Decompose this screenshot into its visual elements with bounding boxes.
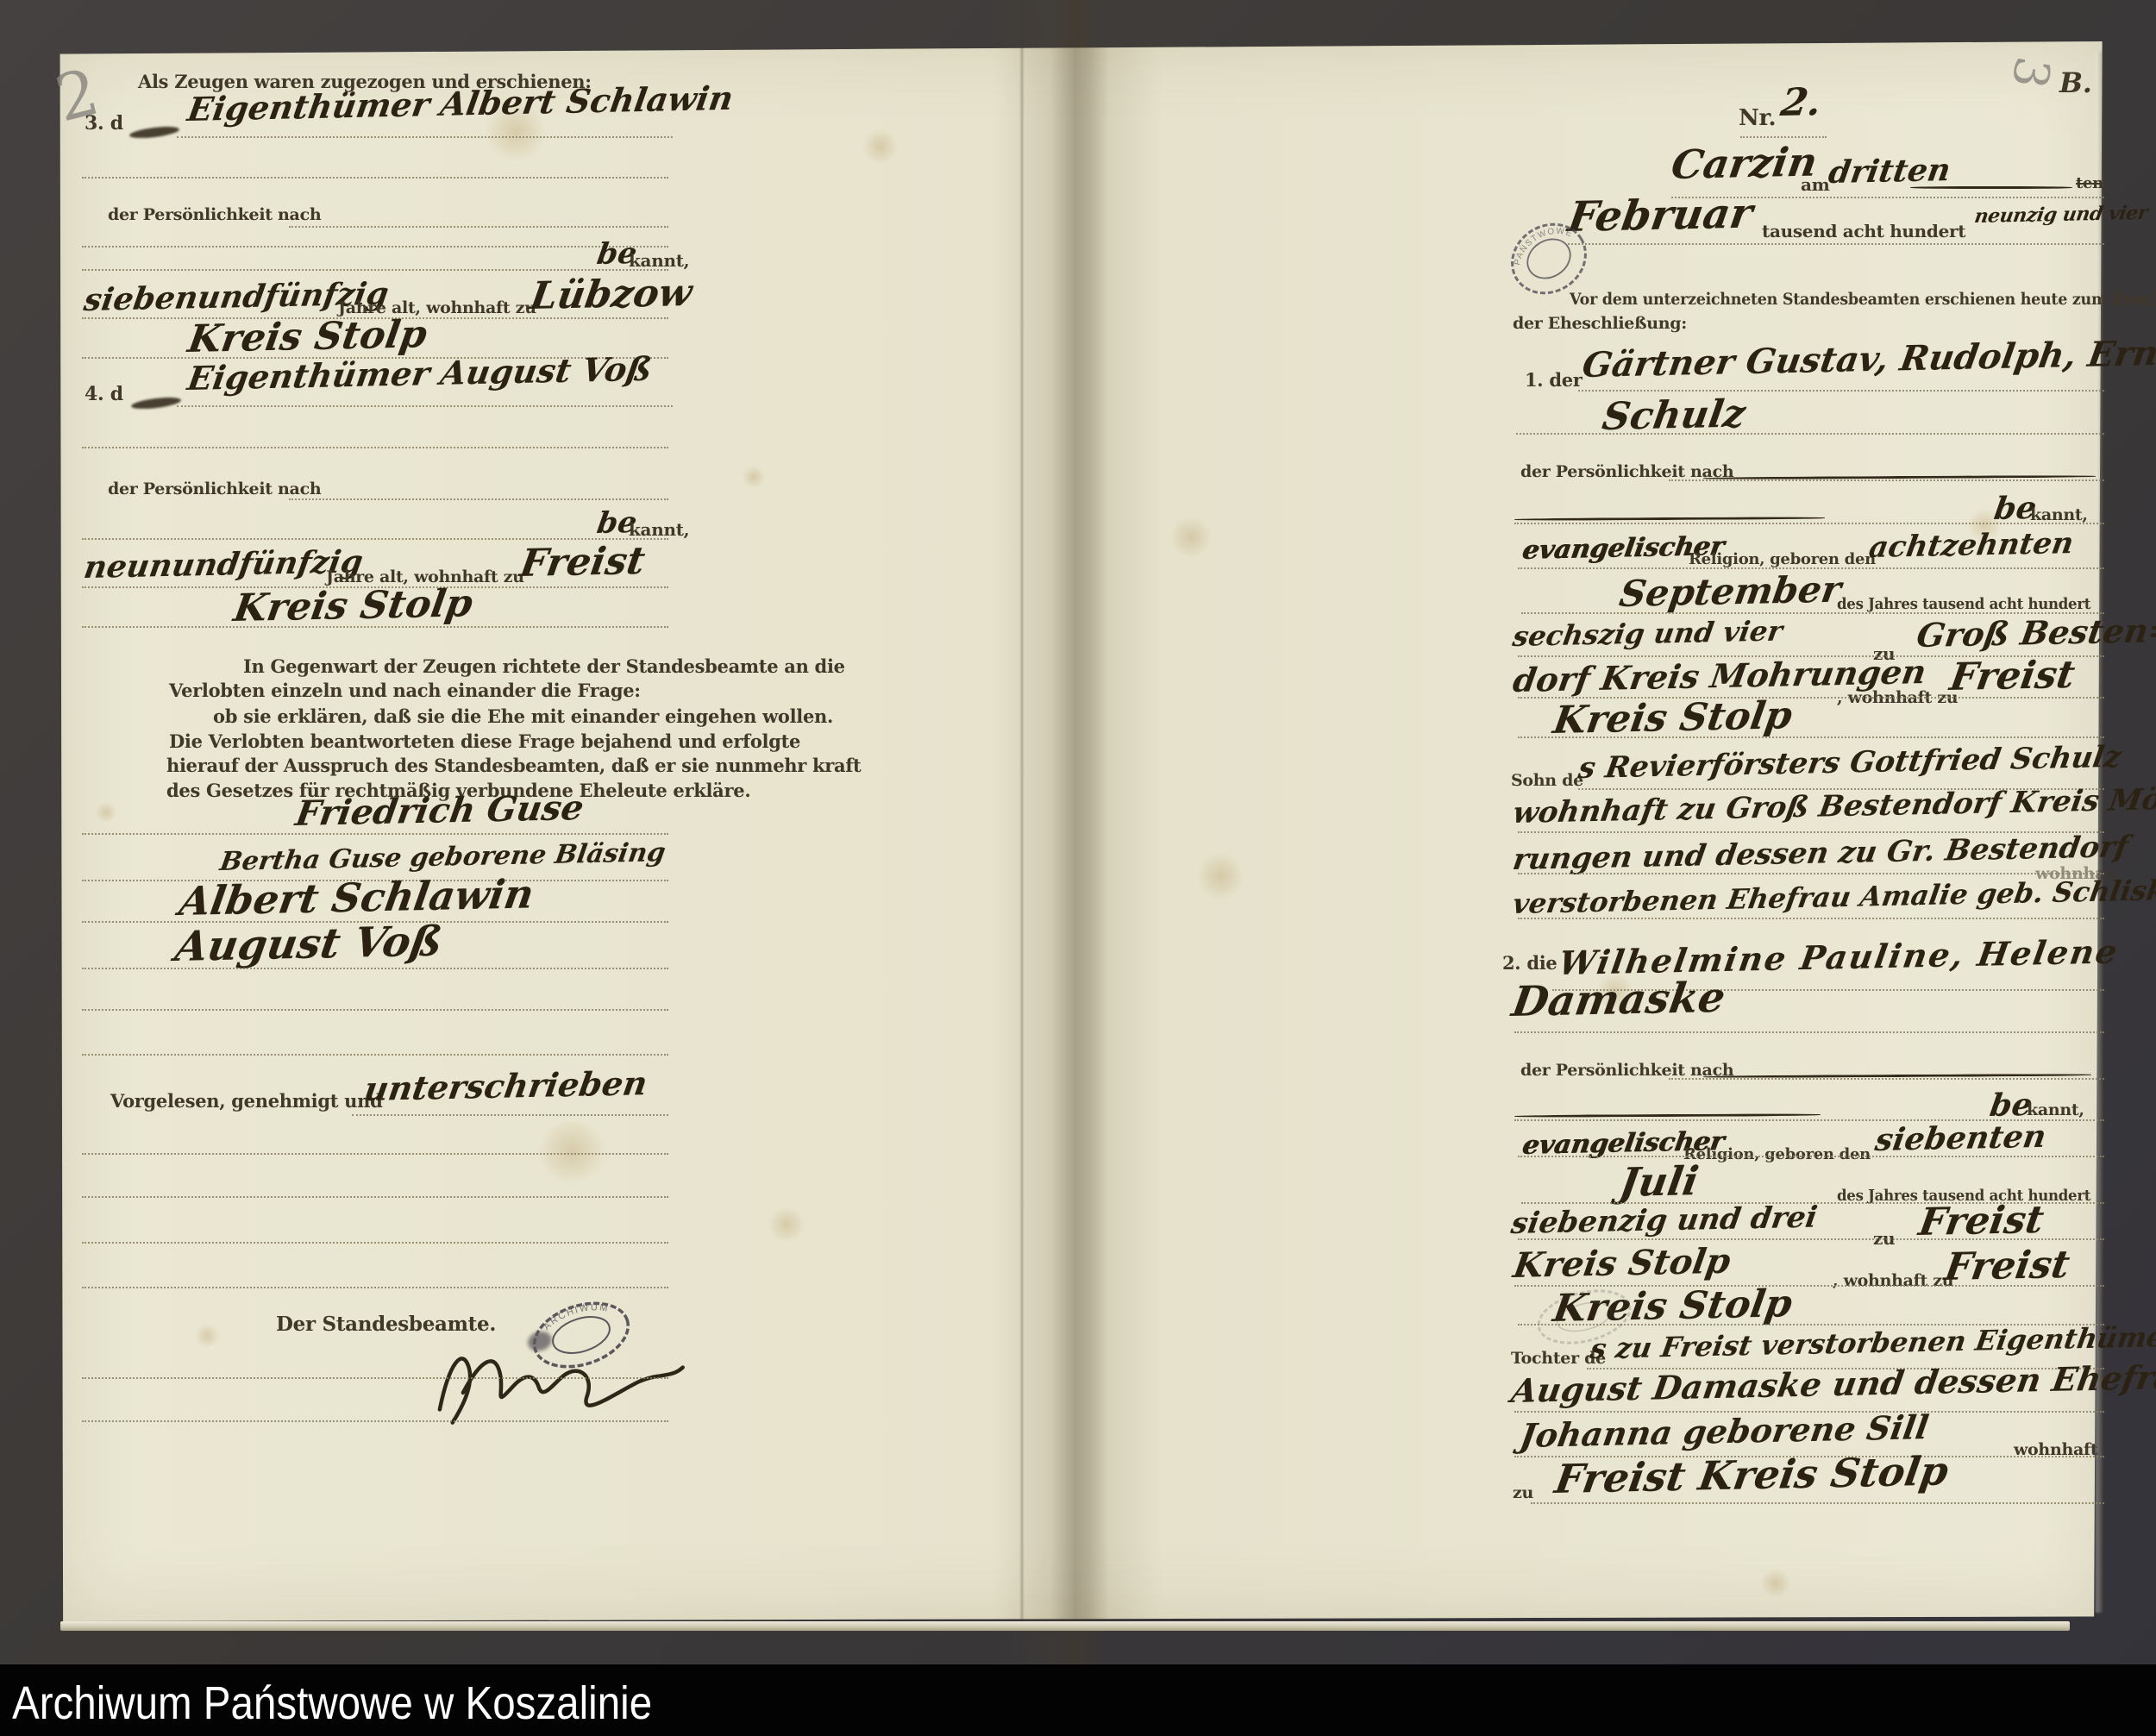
- age-spot: [194, 1324, 220, 1348]
- declaration-line: hierauf der Ausspruch des Standesbeamten…: [166, 756, 861, 774]
- bride-parents-line4: Freist Kreis Stolp: [1552, 1451, 1951, 1499]
- known-label: kannt,: [629, 521, 689, 538]
- identity-label: der Persönlichkeit nach: [1520, 1062, 1733, 1079]
- entry-line: [352, 1114, 668, 1116]
- ink-dash: [1910, 186, 2072, 189]
- record-month: Februar: [1565, 193, 1755, 238]
- entry-line: [82, 1242, 668, 1244]
- bride-parents-line3: Johanna geborene Sill: [1518, 1411, 1931, 1452]
- entry-line: [289, 498, 668, 500]
- identity-label: der Persönlichkeit nach: [108, 481, 321, 498]
- witness4-residence: Freist: [517, 542, 648, 583]
- age-spot: [1759, 1570, 1792, 1597]
- bride-district: Kreis Stolp: [1511, 1244, 1733, 1283]
- entry-line: [1669, 1078, 2104, 1080]
- groom-birth-place-line1: Groß Besten=: [1915, 614, 2156, 652]
- entry-line: [1516, 433, 2104, 435]
- age-spot: [862, 129, 899, 164]
- entry-line: [82, 1287, 668, 1288]
- religion-born-label: Religion, geboren den: [1689, 552, 1876, 567]
- groom-birth-year: sechszig und vier: [1511, 617, 1784, 650]
- record-year: neunzig und vier: [1973, 204, 2149, 226]
- bride-birth-month: Juli: [1617, 1161, 1702, 1202]
- witness4-prefix: 4. d: [85, 385, 123, 404]
- entry-line: [82, 1420, 668, 1422]
- page-bottom-edge: [60, 1621, 2070, 1631]
- groom-prefix: 1. der: [1525, 371, 1583, 389]
- age-spot: [742, 466, 766, 488]
- groom-name-line2: Schulz: [1600, 396, 1748, 436]
- groom-birth-month: September: [1617, 572, 1844, 612]
- zu-label: zu: [1513, 1485, 1533, 1501]
- signature-line: [82, 1009, 668, 1011]
- intro-line: Vor dem unterzeichneten Standesbeamten e…: [1570, 291, 2156, 308]
- entry-line: [82, 269, 668, 271]
- age-spot: [535, 1121, 609, 1181]
- age-spot: [1169, 517, 1213, 557]
- bride-birth-day: siebenten: [1873, 1121, 2048, 1156]
- registrar-label: Der Standesbeamte.: [276, 1314, 496, 1334]
- known-label: kannt,: [2027, 1102, 2084, 1119]
- entry-line: [1518, 1156, 2104, 1157]
- bride-birth-place: Freist: [1916, 1201, 2046, 1242]
- age-spot: [95, 802, 117, 823]
- entry-line: [289, 226, 668, 228]
- declaration-line: ob sie erklären, daß sie die Ehe mit ein…: [213, 707, 833, 725]
- identity-label: der Persönlichkeit nach: [108, 207, 321, 223]
- entry-line: [82, 246, 668, 248]
- groom-district: Kreis Stolp: [1551, 697, 1795, 740]
- svg-text:PAŃSTWOWE: PAŃSTWOWE: [1505, 215, 1577, 273]
- entry-line: [1578, 390, 2104, 392]
- witness4-age: neunundfünfzig: [82, 546, 365, 583]
- signature-line: [82, 833, 668, 835]
- entry-line: [82, 1153, 668, 1155]
- entry-line: [1514, 1031, 2104, 1033]
- declaration-line: Die Verlobten beantworteten diese Frage …: [169, 732, 800, 750]
- entry-line: [1518, 918, 2104, 919]
- son-of-label: Sohn de: [1511, 773, 1583, 789]
- entry-line: [1518, 873, 2104, 874]
- bride-birth-year: siebenzig und drei: [1509, 1203, 1819, 1238]
- closing-handwritten: unterschrieben: [362, 1067, 649, 1106]
- witness4-name: Eigenthümer August Voß: [185, 353, 655, 395]
- signature-albert-schlawin: Albert Schlawin: [177, 874, 536, 921]
- residing-at-label: , wohnhaft zu: [1833, 1273, 1953, 1289]
- form-letter-label: B.: [2059, 69, 2092, 97]
- entry-line: [82, 447, 668, 448]
- entry-line: [1531, 1502, 2104, 1504]
- witness3-residence: Lübzow: [528, 274, 694, 316]
- entry-line: [82, 177, 668, 179]
- religion-born-label: Religion, geboren den: [1683, 1147, 1871, 1163]
- signature-line: [82, 968, 668, 969]
- identity-label: der Persönlichkeit nach: [1520, 464, 1733, 480]
- closing-label: Vorgelesen, genehmigt und: [110, 1092, 382, 1110]
- gutter-crease: [1021, 0, 1023, 1736]
- groom-birth-day: achtzehnten: [1867, 529, 2076, 562]
- bride-prefix: 2. die: [1502, 954, 1557, 972]
- book-gutter: [992, 0, 1138, 1736]
- entry-line: [1514, 523, 2104, 524]
- entry-line: [1518, 1238, 2104, 1240]
- signature-line: [82, 1054, 668, 1056]
- witness4-district: Kreis Stolp: [231, 585, 475, 628]
- entry-line: [1518, 736, 2104, 738]
- witness3-district: Kreis Stolp: [185, 316, 429, 359]
- entry-line: [82, 1196, 668, 1198]
- signature-friedrich-guse: Friedrich Guse: [293, 791, 586, 831]
- ten-label: ten: [2076, 176, 2103, 191]
- record-number: 2.: [1778, 84, 1824, 122]
- year-of-label: des Jahres tausend acht hundert: [1837, 597, 2090, 612]
- signature-august-voss: August Voß: [172, 921, 445, 968]
- entry-line: [82, 1377, 668, 1379]
- entry-line: [177, 405, 673, 407]
- svg-text:ARCHIWUM: ARCHIWUM: [539, 1294, 613, 1335]
- entry-line: [177, 136, 673, 138]
- entry-line: [1568, 243, 2104, 245]
- entry-line: [1669, 479, 2104, 481]
- groom-residence: Freist: [1947, 656, 2078, 697]
- known-label: kannt,: [629, 252, 689, 269]
- bride-name-line2: Damaske: [1509, 977, 1728, 1023]
- intro-line: der Eheschließung:: [1513, 316, 1687, 332]
- entry-line: [82, 626, 668, 628]
- watermark-text: Archiwum Państwowe w Koszalinie: [12, 1676, 652, 1730]
- age-spot: [1194, 854, 1246, 899]
- witness3-prefix: 3. d: [85, 114, 123, 133]
- archive-stamp: PAŃSTWOWE: [1506, 217, 1592, 300]
- year-prefix-label: tausend acht hundert: [1762, 222, 1965, 240]
- bride-residence: Freist: [1942, 1246, 2072, 1287]
- watermark-bar: Archiwum Państwowe w Koszalinie: [0, 1664, 2156, 1736]
- age-spot: [768, 1207, 805, 1242]
- known-label: kannt,: [2030, 507, 2088, 523]
- record-number-label: Nr.: [1739, 107, 1776, 129]
- archive-scan-photo: 2 3 Als Zeugen waren zugezogen und ersch…: [0, 0, 2156, 1736]
- declaration-line: Verlobten einzeln und nach einander die …: [169, 681, 641, 699]
- declaration-line: In Gegenwart der Zeugen richtete der Sta…: [243, 657, 845, 675]
- record-day: dritten: [1827, 154, 1952, 188]
- record-place: Carzin: [1669, 141, 1820, 185]
